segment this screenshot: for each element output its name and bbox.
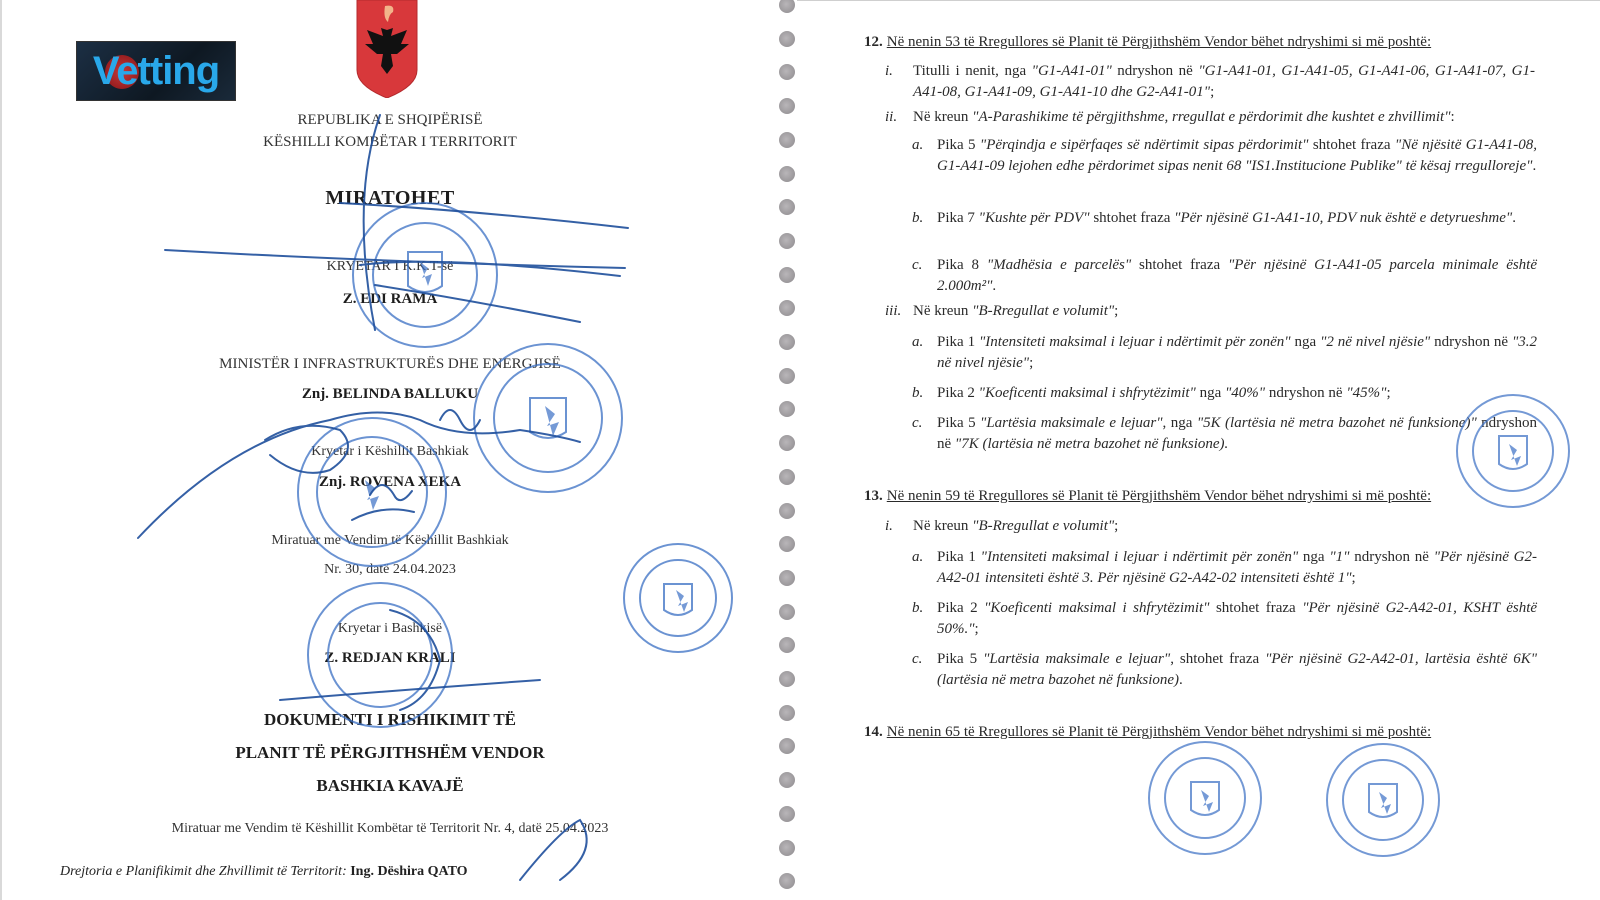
official-stamp-icon xyxy=(353,203,497,347)
binder-ring-icon xyxy=(779,705,795,721)
list-subitem: b. Pika 7 "Kushte për PDV" shtohet fraza… xyxy=(912,208,1537,229)
binder-ring-icon xyxy=(779,604,795,620)
item-quote: "45%" xyxy=(1346,385,1386,401)
binder-ring-icon xyxy=(779,873,795,889)
item-text: ; xyxy=(1114,518,1118,534)
item-text: Pika 5 xyxy=(937,137,980,153)
item-text: Pika 1 xyxy=(937,549,981,565)
header-council: KËSHILLI KOMBËTAR I TERRITORIT xyxy=(160,134,620,151)
item-quote: "B-Rregullat e volumit" xyxy=(972,518,1114,534)
directorate-label: Drejtoria e Planifikimit dhe Zhvillimit … xyxy=(60,864,347,879)
binder-ring-icon xyxy=(779,637,795,653)
item-quote: "Përqindja e sipërfaqes së ndërtimit sip… xyxy=(980,137,1309,153)
list-subitem: a. Pika 1 "Intensiteti maksimal i lejuar… xyxy=(912,547,1537,589)
item-quote: "A-Parashikime të përgjithshme, rregulla… xyxy=(972,109,1450,125)
section-number: 14. xyxy=(864,724,883,740)
item-text: Titulli i nenit, nga xyxy=(913,63,1032,79)
item-marker: i. xyxy=(885,516,893,537)
vetting-logo: Vetting xyxy=(76,41,236,101)
signatory-name: Znj. BELINDA BALLUKU xyxy=(160,386,620,403)
item-marker: b. xyxy=(912,208,923,229)
item-text: ndryshon në xyxy=(1265,385,1346,401)
binder-ring-icon xyxy=(779,840,795,856)
binder-ring-icon xyxy=(779,570,795,586)
item-text: Pika 5 xyxy=(937,415,980,431)
section-heading: 12.Në nenin 53 të Rregullores së Planit … xyxy=(864,32,1564,53)
item-text: Pika 8 xyxy=(937,257,987,273)
binder-ring-icon xyxy=(779,98,795,114)
binder-ring-icon xyxy=(779,536,795,552)
item-text: Pika 1 xyxy=(937,334,979,350)
item-text: . xyxy=(1512,210,1516,226)
binder-ring-icon xyxy=(779,267,795,283)
logo-text: Vetting xyxy=(93,49,219,94)
left-document-page: Vetting REPUBLIKA E SHQIPËRISË KËSHILLI … xyxy=(0,0,770,900)
signatory-role: KRYETAR I K.K.T-së xyxy=(160,259,620,275)
item-text: ; xyxy=(1386,385,1390,401)
binder-ring-icon xyxy=(779,401,795,417)
item-text: , shtohet fraza xyxy=(1170,651,1265,667)
item-quote: "Intensiteti maksimal i lejuar i ndërtim… xyxy=(979,334,1291,350)
list-subitem: c. Pika 5 "Lartësia maksimale e lejuar",… xyxy=(912,649,1537,691)
list-subitem: a. Pika 5 "Përqindja e sipërfaqes së ndë… xyxy=(912,135,1537,177)
binder-ring-icon xyxy=(779,334,795,350)
item-quote: "G1-A41-01" xyxy=(1032,63,1112,79)
item-text: : xyxy=(1451,109,1455,125)
mayor-name: Z. REDJAN KRALI xyxy=(160,650,620,667)
list-subitem: b. Pika 2 "Koeficenti maksimal i shfrytë… xyxy=(912,598,1537,640)
binder-ring-icon xyxy=(779,166,795,182)
item-text: ; xyxy=(1352,570,1356,586)
item-marker: i. xyxy=(885,61,893,82)
item-quote: "Madhësia e parcelës" xyxy=(987,257,1131,273)
item-quote: "7K (lartësia në metra bazohet në funksi… xyxy=(955,436,1228,452)
binder-ring-icon xyxy=(779,132,795,148)
section-title: Në nenin 59 të Rregullores së Planit të … xyxy=(887,488,1431,504)
item-marker: ii. xyxy=(885,107,897,128)
official-stamp-icon xyxy=(624,544,732,652)
list-subitem: c. Pika 8 "Madhësia e parcelës" shtohet … xyxy=(912,255,1537,297)
section-title: Në nenin 65 të Rregullores së Planit të … xyxy=(887,724,1431,740)
item-quote: "Koeficenti maksimal i shfrytëzimit" xyxy=(979,385,1196,401)
binder-ring-icon xyxy=(779,806,795,822)
item-text: Pika 5 xyxy=(937,651,983,667)
item-text: ; xyxy=(1210,84,1214,100)
item-marker: c. xyxy=(912,255,922,276)
item-quote: "1" xyxy=(1329,549,1349,565)
right-document-page: 12.Në nenin 53 të Rregullores së Planit … xyxy=(797,0,1600,900)
document-title-line: BASHKIA KAVAJË xyxy=(160,776,620,796)
approval-title: MIRATOHET xyxy=(160,187,620,210)
item-marker: a. xyxy=(912,547,923,568)
item-quote: "Koeficenti maksimal i shfrytëzimit" xyxy=(984,600,1209,616)
kkt-approval-text: Miratuar me Vendim të Këshillit Kombëtar… xyxy=(100,821,680,837)
council-approval-number: Nr. 30, datë 24.04.2023 xyxy=(160,562,620,578)
document-title-line: PLANIT TË PËRGJITHSHËM VENDOR xyxy=(160,743,620,763)
item-text: shtohet fraza xyxy=(1209,600,1302,616)
binder-ring-icon xyxy=(779,300,795,316)
mayor-role: Kryetar i Bashkisë xyxy=(160,621,620,637)
list-subitem: c. Pika 5 "Lartësia maksimale e lejuar",… xyxy=(912,413,1537,455)
directorate-line: Drejtoria e Planifikimit dhe Zhvillimit … xyxy=(60,864,468,880)
binder-ring-icon xyxy=(779,435,795,451)
item-text: Në kreun xyxy=(913,303,972,319)
item-text: ndryshon në xyxy=(1112,63,1199,79)
item-marker: b. xyxy=(912,383,923,404)
list-item: i. Titulli i nenit, nga "G1-A41-01" ndry… xyxy=(885,61,1535,103)
item-quote: "Intensiteti maksimal i lejuar i ndërtim… xyxy=(981,549,1299,565)
item-text: . xyxy=(1179,672,1183,688)
council-approval-text: Miratuar me Vendim të Këshillit Bashkiak xyxy=(160,533,620,549)
binder-ring-icon xyxy=(779,0,795,13)
binder-ring-icon xyxy=(779,64,795,80)
binder-ring-icon xyxy=(779,772,795,788)
page-edge xyxy=(797,0,1600,1)
signatory-role: Kryetar i Këshillit Bashkiak xyxy=(160,444,620,460)
item-text: ; xyxy=(975,621,979,637)
item-quote: "B-Rregullat e volumit" xyxy=(972,303,1114,319)
binder-ring-icon xyxy=(779,199,795,215)
item-text: ndryshon në xyxy=(1349,549,1433,565)
signatory-name: Z. EDI RAMA xyxy=(160,291,620,308)
list-subitem: a. Pika 1 "Intensiteti maksimal i lejuar… xyxy=(912,332,1537,374)
binder-rings xyxy=(777,0,797,900)
signatory-name: Znj. ROVENA XEKA xyxy=(160,474,620,491)
item-quote: "2 në nivel njësie" xyxy=(1320,334,1430,350)
list-item: iii. Në kreun "B-Rregullat e volumit"; xyxy=(885,301,1535,322)
item-text: . xyxy=(1532,158,1536,174)
binder-ring-icon xyxy=(779,368,795,384)
binder-ring-icon xyxy=(779,738,795,754)
item-quote: "Për njësinë G1-A41-10, PDV nuk është e … xyxy=(1174,210,1512,226)
section-number: 13. xyxy=(864,488,883,504)
item-quote: "Lartësia maksimale e lejuar" xyxy=(983,651,1170,667)
item-marker: iii. xyxy=(885,301,901,322)
item-text: shtohet fraza xyxy=(1131,257,1228,273)
item-text: ; xyxy=(1114,303,1118,319)
directorate-name: Ing. Dëshira QATO xyxy=(350,864,467,879)
albania-coat-of-arms-icon xyxy=(355,0,419,98)
section-heading: 14.Në nenin 65 të Rregullores së Planit … xyxy=(864,722,1564,743)
binder-ring-icon xyxy=(779,503,795,519)
signatory-role: MINISTËR I INFRASTRUKTURËS DHE ENERGJISË xyxy=(160,356,620,373)
page-edge xyxy=(0,0,2,900)
section-number: 12. xyxy=(864,34,883,50)
binder-ring-icon xyxy=(779,671,795,687)
item-text: . xyxy=(992,278,996,294)
item-text: ndryshon në xyxy=(1430,334,1512,350)
binder-ring-icon xyxy=(779,31,795,47)
item-text: shtohet fraza xyxy=(1308,137,1394,153)
item-text: nga xyxy=(1196,385,1225,401)
list-item: ii. Në kreun "A-Parashikime të përgjiths… xyxy=(885,107,1535,128)
item-text: Pika 7 xyxy=(937,210,979,226)
item-quote: "5K (lartësia në metra bazohet në funksi… xyxy=(1197,415,1477,431)
item-text: , nga xyxy=(1163,415,1197,431)
document-title-line: DOKUMENTI I RISHIKIMIT TË xyxy=(160,710,620,730)
item-text: Pika 2 xyxy=(937,600,984,616)
item-quote: "Lartësia maksimale e lejuar" xyxy=(980,415,1163,431)
item-quote: "40%" xyxy=(1225,385,1265,401)
binder-ring-icon xyxy=(779,469,795,485)
item-text: Në kreun xyxy=(913,518,972,534)
header-republic: REPUBLIKA E SHQIPËRISË xyxy=(160,112,620,129)
binder-ring-icon xyxy=(779,233,795,249)
item-text: shtohet fraza xyxy=(1090,210,1175,226)
section-title: Në nenin 53 të Rregullores së Planit të … xyxy=(887,34,1431,50)
item-marker: c. xyxy=(912,649,922,670)
item-text: Pika 2 xyxy=(937,385,979,401)
item-marker: b. xyxy=(912,598,923,619)
item-quote: "Kushte për PDV" xyxy=(979,210,1090,226)
item-text: Në kreun xyxy=(913,109,972,125)
item-text: ; xyxy=(1029,355,1033,371)
list-subitem: b. Pika 2 "Koeficenti maksimal i shfrytë… xyxy=(912,383,1537,404)
item-marker: a. xyxy=(912,332,923,353)
item-marker: c. xyxy=(912,413,922,434)
item-text: nga xyxy=(1291,334,1320,350)
list-item: i. Në kreun "B-Rregullat e volumit"; xyxy=(885,516,1535,537)
section-heading: 13.Në nenin 59 të Rregullores së Planit … xyxy=(864,486,1564,507)
item-marker: a. xyxy=(912,135,923,156)
item-text: nga xyxy=(1298,549,1329,565)
